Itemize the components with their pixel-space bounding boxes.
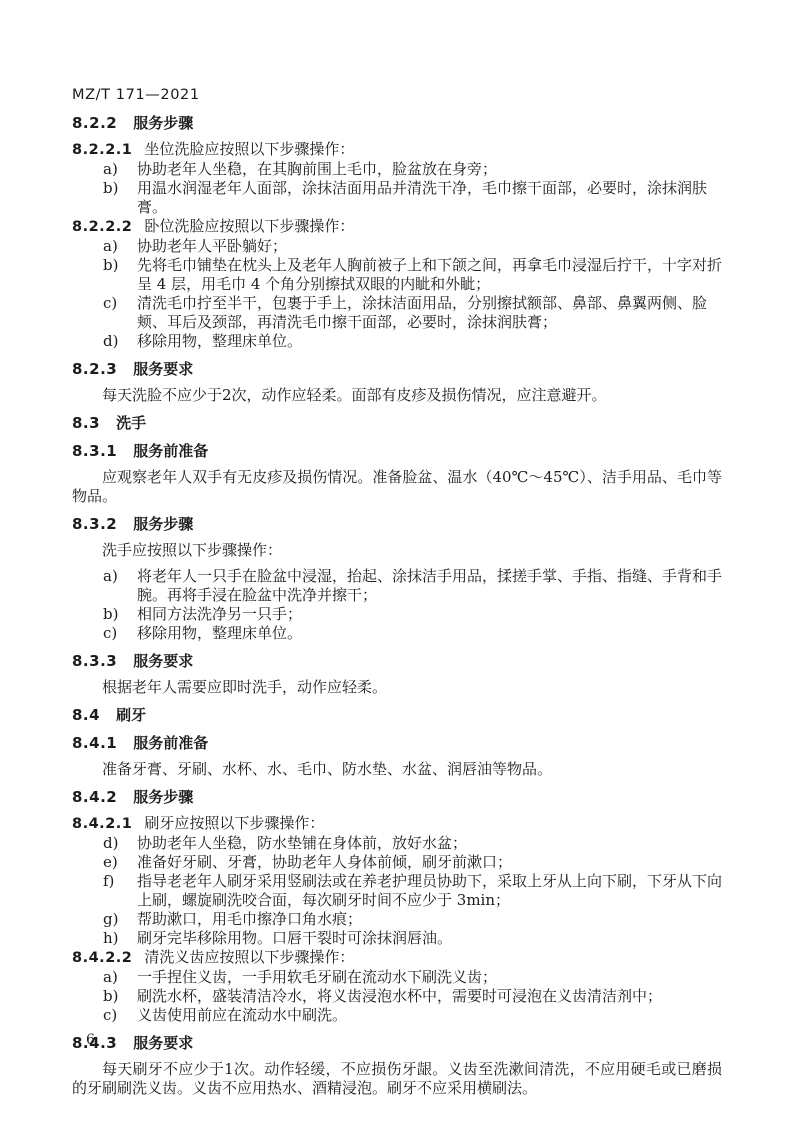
item-label: b) [103, 605, 118, 624]
item-text: 义齿使用前应在流动水中刷洗。 [137, 1006, 347, 1024]
heading-title: 洗手 [116, 414, 146, 432]
subsection-heading: 8.4.1服务前准备 [72, 734, 722, 753]
list-item: b)刷洗水杯，盛装清洁冷水，将义齿浸泡水杯中，需要时可浸泡在义齿清洁剂中； [72, 987, 722, 1006]
clause-line: 8.4.2.1刷牙应按照以下步骤操作： [72, 814, 722, 834]
clause-text: 坐位洗脸应按照以下步骤操作： [144, 140, 354, 158]
item-label: d) [103, 834, 118, 853]
list-item: a)一手捏住义齿，一手用软毛牙刷在流动水下刷洗义齿； [72, 968, 722, 987]
subsection-heading: 8.3.2服务步骤 [72, 515, 722, 534]
item-label: e) [103, 853, 118, 872]
item-label: a) [103, 968, 118, 987]
list-item: a)协助老年人坐稳，在其胸前围上毛巾，脸盆放在身旁； [72, 160, 722, 179]
item-label: a) [103, 567, 118, 586]
heading-title: 服务前准备 [133, 442, 208, 460]
item-label: h) [103, 929, 119, 948]
list-item: c)义齿使用前应在流动水中刷洗。 [72, 1006, 722, 1025]
item-text: 移除用物，整理床单位。 [137, 624, 302, 642]
section-heading: 8.3洗手 [72, 414, 722, 433]
clause-number: 8.4.2.1 [72, 816, 132, 832]
paragraph: 准备牙膏、牙刷、水杯、水、毛巾、防水垫、水盆、润唇油等物品。 [72, 760, 722, 779]
item-text: 协助老年人平卧躺好； [137, 237, 287, 255]
list-item: d)移除用物，整理床单位。 [72, 332, 722, 351]
item-text: 指导老老年人刷牙采用竖刷法或在养老护理员协助下，采取上牙从上向下刷，下牙从下向上… [137, 872, 722, 909]
clause-number: 8.4.2.2 [72, 950, 132, 966]
clause-line: 8.2.2.2卧位洗脸应按照以下步骤操作： [72, 217, 722, 237]
document-page: MZ/T 171—2021 8.2.2服务步骤8.2.2.1坐位洗脸应按照以下步… [0, 0, 794, 1122]
clause-line: 8.2.2.1坐位洗脸应按照以下步骤操作： [72, 140, 722, 160]
clause-line: 8.4.2.2清洗义齿应按照以下步骤操作： [72, 948, 722, 968]
clause-text: 卧位洗脸应按照以下步骤操作： [144, 217, 354, 235]
heading-number: 8.3 [72, 414, 100, 432]
clause-number: 8.2.2.1 [72, 142, 132, 158]
item-label: a) [103, 237, 118, 256]
page-number: 6 [86, 1031, 95, 1049]
subsection-heading: 8.2.2服务步骤 [72, 114, 722, 133]
item-text: 协助老年人坐稳，防水垫铺在身体前，放好水盆； [137, 834, 467, 852]
heading-title: 服务步骤 [133, 788, 193, 806]
heading-number: 8.3.1 [72, 442, 117, 460]
heading-number: 8.4.1 [72, 734, 117, 752]
heading-number: 8.2.2 [72, 114, 117, 132]
subsection-heading: 8.4.3服务要求 [72, 1034, 722, 1053]
paragraph: 根据老年人需要应即时洗手，动作应轻柔。 [72, 678, 722, 697]
item-text: 刷牙完毕移除用物。口唇干裂时可涂抹润唇油。 [137, 929, 452, 947]
heading-title: 服务要求 [133, 1034, 193, 1052]
list-item: g)帮助漱口，用毛巾擦净口角水痕； [72, 910, 722, 929]
list-item: h)刷牙完毕移除用物。口唇干裂时可涂抹润唇油。 [72, 929, 722, 948]
heading-title: 服务步骤 [133, 515, 193, 533]
item-label: c) [103, 624, 117, 643]
item-label: b) [103, 256, 118, 275]
item-text: 移除用物，整理床单位。 [137, 332, 302, 350]
item-text: 将老年人一只手在脸盆中浸湿，抬起、涂抹洁手用品，揉搓手掌、手指、指缝、手背和手腕… [137, 567, 722, 604]
list-item: a)将老年人一只手在脸盆中浸湿，抬起、涂抹洁手用品，揉搓手掌、手指、指缝、手背和… [72, 567, 722, 605]
list-item: b)先将毛巾铺垫在枕头上及老年人胸前被子上和下颌之间，再拿毛巾浸湿后拧干，十字对… [72, 256, 722, 294]
item-label: f) [103, 872, 114, 891]
document-body: 8.2.2服务步骤8.2.2.1坐位洗脸应按照以下步骤操作：a)协助老年人坐稳，… [72, 114, 722, 1098]
heading-number: 8.4.2 [72, 788, 117, 806]
item-label: b) [103, 179, 118, 198]
heading-title: 服务要求 [133, 652, 193, 670]
item-label: d) [103, 332, 118, 351]
item-text: 帮助漱口，用毛巾擦净口角水痕； [137, 910, 362, 928]
heading-number: 8.2.3 [72, 360, 117, 378]
heading-title: 服务步骤 [133, 114, 193, 132]
item-text: 用温水润湿老年人面部，涂抹洁面用品并清洗干净，毛巾擦干面部，必要时，涂抹润肤膏。 [137, 179, 707, 216]
heading-title: 服务要求 [133, 360, 193, 378]
item-label: b) [103, 987, 118, 1006]
list-item: a)协助老年人平卧躺好； [72, 237, 722, 256]
heading-title: 服务前准备 [133, 734, 208, 752]
subsection-heading: 8.4.2服务步骤 [72, 788, 722, 807]
list-item: e)准备好牙刷、牙膏，协助老年人身体前倾，刷牙前漱口； [72, 853, 722, 872]
list-item: f)指导老老年人刷牙采用竖刷法或在养老护理员协助下，采取上牙从上向下刷，下牙从下… [72, 872, 722, 910]
clause-number: 8.2.2.2 [72, 219, 132, 235]
list-item: b)用温水润湿老年人面部，涂抹洁面用品并清洗干净，毛巾擦干面部，必要时，涂抹润肤… [72, 179, 722, 217]
paragraph: 每天刷牙不应少于1次。动作轻缓，不应损伤牙龈。义齿至洗漱间清洗，不应用硬毛或已磨… [72, 1060, 722, 1098]
item-text: 相同方法洗净另一只手； [137, 605, 302, 623]
list-item: b)相同方法洗净另一只手； [72, 605, 722, 624]
item-label: c) [103, 294, 117, 313]
item-text: 一手捏住义齿，一手用软毛牙刷在流动水下刷洗义齿； [137, 968, 497, 986]
paragraph: 洗手应按照以下步骤操作： [72, 541, 722, 560]
subsection-heading: 8.3.3服务要求 [72, 652, 722, 671]
standard-number-header: MZ/T 171—2021 [72, 86, 722, 105]
list-item: d)协助老年人坐稳，防水垫铺在身体前，放好水盆； [72, 834, 722, 853]
clause-text: 清洗义齿应按照以下步骤操作： [144, 948, 354, 966]
item-text: 协助老年人坐稳，在其胸前围上毛巾，脸盆放在身旁； [137, 160, 497, 178]
paragraph: 应观察老年人双手有无皮疹及损伤情况。准备脸盆、温水（40℃～45℃）、洁手用品、… [72, 468, 722, 506]
heading-title: 刷牙 [116, 706, 146, 724]
list-item: c)清洗毛巾拧至半干，包裹于手上，涂抹洁面用品，分别擦拭额部、鼻部、鼻翼两侧、脸… [72, 294, 722, 332]
heading-number: 8.3.2 [72, 515, 117, 533]
subsection-heading: 8.3.1服务前准备 [72, 442, 722, 461]
item-text: 准备好牙刷、牙膏，协助老年人身体前倾，刷牙前漱口； [137, 853, 512, 871]
heading-number: 8.3.3 [72, 652, 117, 670]
item-label: g) [103, 910, 118, 929]
paragraph: 每天洗脸不应少于2次，动作应轻柔。面部有皮疹及损伤情况，应注意避开。 [72, 386, 722, 405]
list-item: c)移除用物，整理床单位。 [72, 624, 722, 643]
item-label: a) [103, 160, 118, 179]
section-heading: 8.4刷牙 [72, 706, 722, 725]
clause-text: 刷牙应按照以下步骤操作： [144, 814, 324, 832]
item-text: 刷洗水杯，盛装清洁冷水，将义齿浸泡水杯中，需要时可浸泡在义齿清洁剂中； [137, 987, 662, 1005]
item-text: 先将毛巾铺垫在枕头上及老年人胸前被子上和下颌之间，再拿毛巾浸湿后拧干，十字对折呈… [137, 256, 722, 293]
item-text: 清洗毛巾拧至半干，包裹于手上，涂抹洁面用品，分别擦拭额部、鼻部、鼻翼两侧、脸颊、… [137, 294, 707, 331]
heading-number: 8.4 [72, 706, 100, 724]
item-label: c) [103, 1006, 117, 1025]
subsection-heading: 8.2.3服务要求 [72, 360, 722, 379]
